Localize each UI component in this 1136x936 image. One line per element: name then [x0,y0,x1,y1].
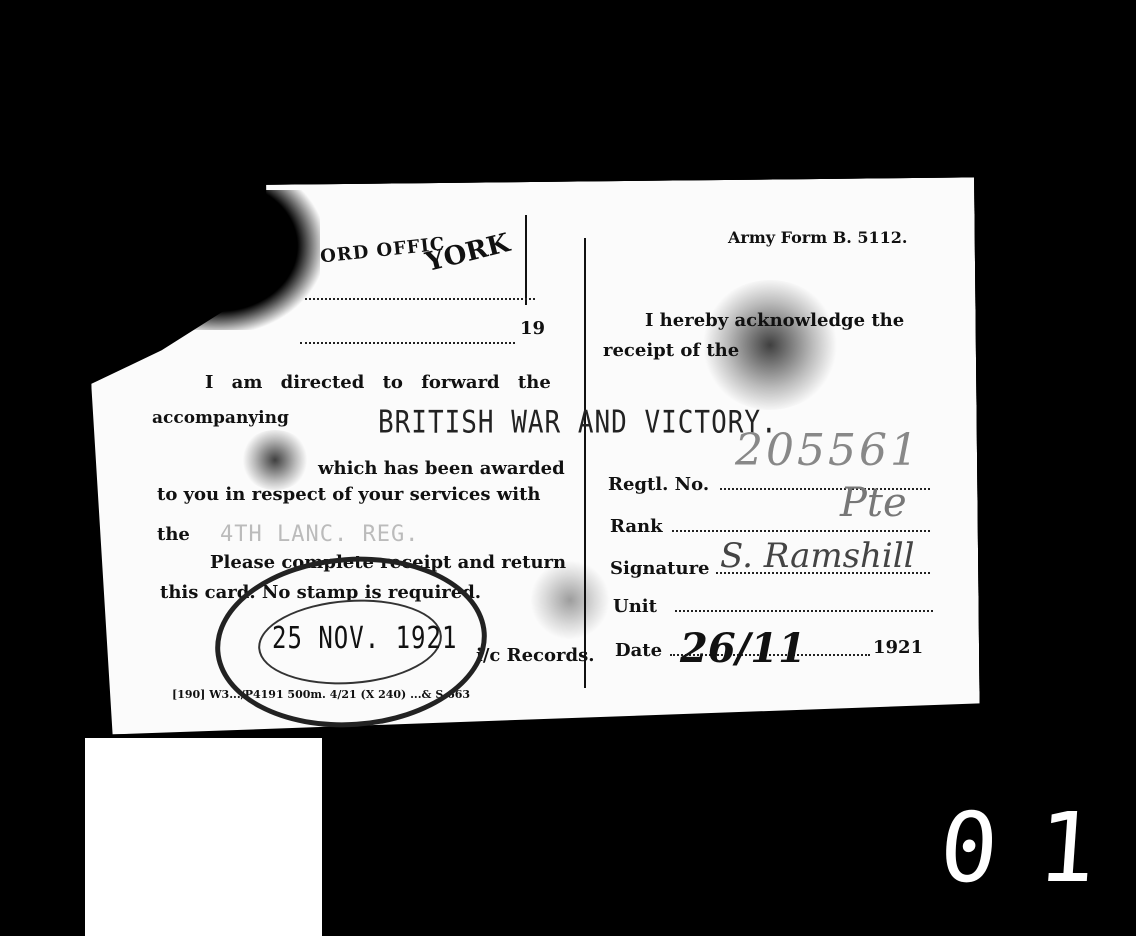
unit-line [675,610,933,612]
left-line-2: accompanying [152,408,289,428]
panel-divider [584,238,586,688]
date-year: 1921 [873,637,923,658]
blank-label-patch [85,738,322,936]
records-signoff: i/c Records. [476,645,595,666]
header-divider [525,215,527,305]
left-line-1: I am directed to forward the [205,372,551,393]
right-line-1: I hereby acknowledge the [645,310,904,331]
date-label: Date [615,640,662,661]
rank-value: Pte [840,480,907,526]
left-line-3: which has been awarded [318,458,565,479]
regtl-no-label: Regtl. No. [608,474,709,495]
header-dotted-line [305,298,535,300]
frame-counter: 012 [937,800,1136,896]
ink-stain [240,430,310,490]
rank-line [672,530,930,532]
year-prefix: 19 [520,318,545,339]
regtl-no-value: 205561 [735,425,921,476]
unit-label: Unit [613,596,657,617]
damage-stain [150,190,320,330]
right-line-2: receipt of the [603,340,739,361]
medal-stamp: BRITISH WAR AND VICTORY. [378,405,778,441]
date-value: 26/11 [680,625,806,672]
signature-value: S. Ramshill [720,536,915,576]
signature-label: Signature [610,558,710,579]
date-stamp-date: 25 NOV. 1921 [272,621,457,656]
rank-label: Rank [610,516,663,537]
left-line-4: to you in respect of your services with [157,484,540,505]
left-line-5: the [157,524,190,545]
form-id: Army Form B. 5112. [728,228,908,247]
date-dotted-line [300,342,515,344]
faint-unit-stamp: 4TH LANC. REG. [220,522,419,547]
